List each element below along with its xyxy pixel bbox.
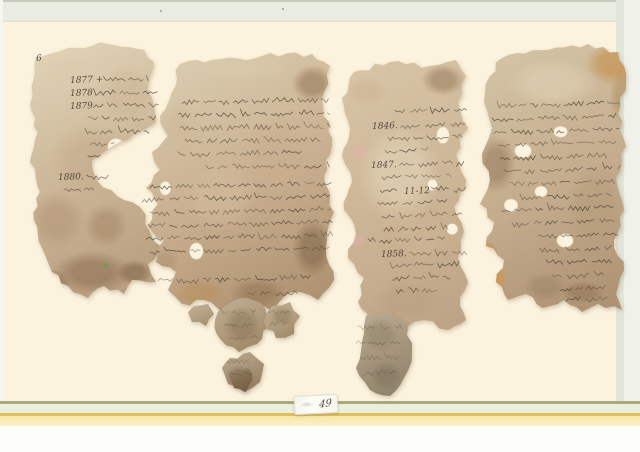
paper-fragment-surface xyxy=(340,58,472,334)
scanner-left-edge xyxy=(0,0,3,452)
paper-fragment-p0 xyxy=(186,302,216,328)
paper-fragment-surface xyxy=(478,42,628,314)
archive-label: 49 xyxy=(294,394,339,415)
paper-fragment-surface xyxy=(228,366,254,394)
paper-fragment-surface xyxy=(186,302,216,328)
dust-speck xyxy=(282,8,284,10)
scanner-top-margin xyxy=(0,0,640,22)
label-number: 49 xyxy=(319,397,337,410)
scanned-document-photo: 61877 +187818791880.1846.1847.11-121858.… xyxy=(0,0,640,452)
yellow-folder-strip xyxy=(0,416,640,426)
paper-fragment-surface xyxy=(262,300,302,340)
label-faint-print xyxy=(298,400,316,409)
dust-speck xyxy=(160,10,162,12)
paper-fragment-d xyxy=(478,42,628,314)
paper-fragment-p4 xyxy=(350,308,416,398)
paper-fragment-surface xyxy=(350,308,416,398)
paper-fragment-b xyxy=(142,52,336,314)
paper-fragment-c xyxy=(340,58,472,334)
paper-fragment-surface xyxy=(142,52,336,314)
paper-fragment-p5 xyxy=(262,300,302,340)
green-fleck xyxy=(104,263,108,268)
bottom-white-area xyxy=(0,426,640,452)
paper-fragment-p3 xyxy=(228,366,254,394)
